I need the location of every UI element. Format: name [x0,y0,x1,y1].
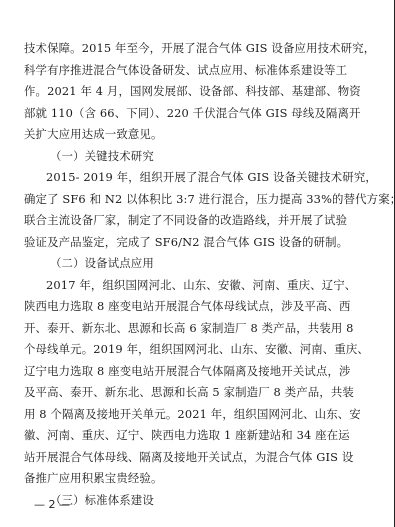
paragraph-line: 备推广应用积累宝贵经验。 [24,468,344,490]
paragraph-line: 辽宁电力选取 8 座变电站开展混合气体隔离及接地开关试点，涉 [24,361,344,383]
paragraph-line: 关扩大应用达成一致意见。 [24,124,344,146]
section-heading-pilot: （二）设备试点应用 [24,253,344,275]
paragraph-line: 用 8 个隔离及接地开关单元。2021 年，组织国网河北、山东、安 [24,404,344,426]
paragraph-line: 个母线单元。2019 年，组织国网河北、山东、安徽、河南、重庆、 [24,339,344,361]
paragraph-line: 验证及产品鉴定，完成了 SF6/N2 混合气体 GIS 设备的研制。 [24,232,344,254]
document-body: 技术保障。2015 年至今，开展了混合气体 GIS 设备应用技术研究， 科学有序… [24,38,344,511]
paragraph-line: 站开展混合气体母线、隔离及接地开关试点，为混合气体 GIS 设 [24,447,344,469]
paragraph-line: 2015- 2019 年，组织开展了混合气体 GIS 设备关键技术研究， [24,167,344,189]
paragraph-line: 部就 110（含 66、下同）、220 千伏混合气体 GIS 母线及隔离开 [24,103,344,125]
paragraph-line: 技术保障。2015 年至今，开展了混合气体 GIS 设备应用技术研究， [24,38,344,60]
section-heading-standards: （三）标准体系建设 [24,490,344,512]
paragraph-line: 联合主流设备厂家，制定了不同设备的改造路线，并开展了试验 [24,210,344,232]
paragraph-line: 徽、河南、重庆、辽宁、陕西电力选取 1 座新建站和 34 座在运 [24,425,344,447]
paragraph-line: 作。2021 年 4 月，国网发展部、设备部、科技部、基建部、物资 [24,81,344,103]
paragraph-line: 2017 年，组织国网河北、山东、安徽、河南、重庆、辽宁、 [24,275,344,297]
page-number: — 2 — [34,498,70,511]
paragraph-line: 科学有序推进混合气体设备研发、试点应用、标准体系建设等工 [24,60,344,82]
paragraph-line: 开、泰开、新东北、思源和长高 6 家制造厂 8 类产品，共装用 8 [24,318,344,340]
paragraph-line: 确定了 SF6 和 N2 以体积比 3:7 进行混合，压力提高 33%的替代方案… [24,189,344,211]
paragraph-line: 陕西电力选取 8 座变电站开展混合气体母线试点，涉及平高、西 [24,296,344,318]
section-heading-key-tech: （一）关键技术研究 [24,146,344,168]
paragraph-line: 及平高、泰开、新东北、思源和长高 5 家制造厂 8 类产品，共装 [24,382,344,404]
